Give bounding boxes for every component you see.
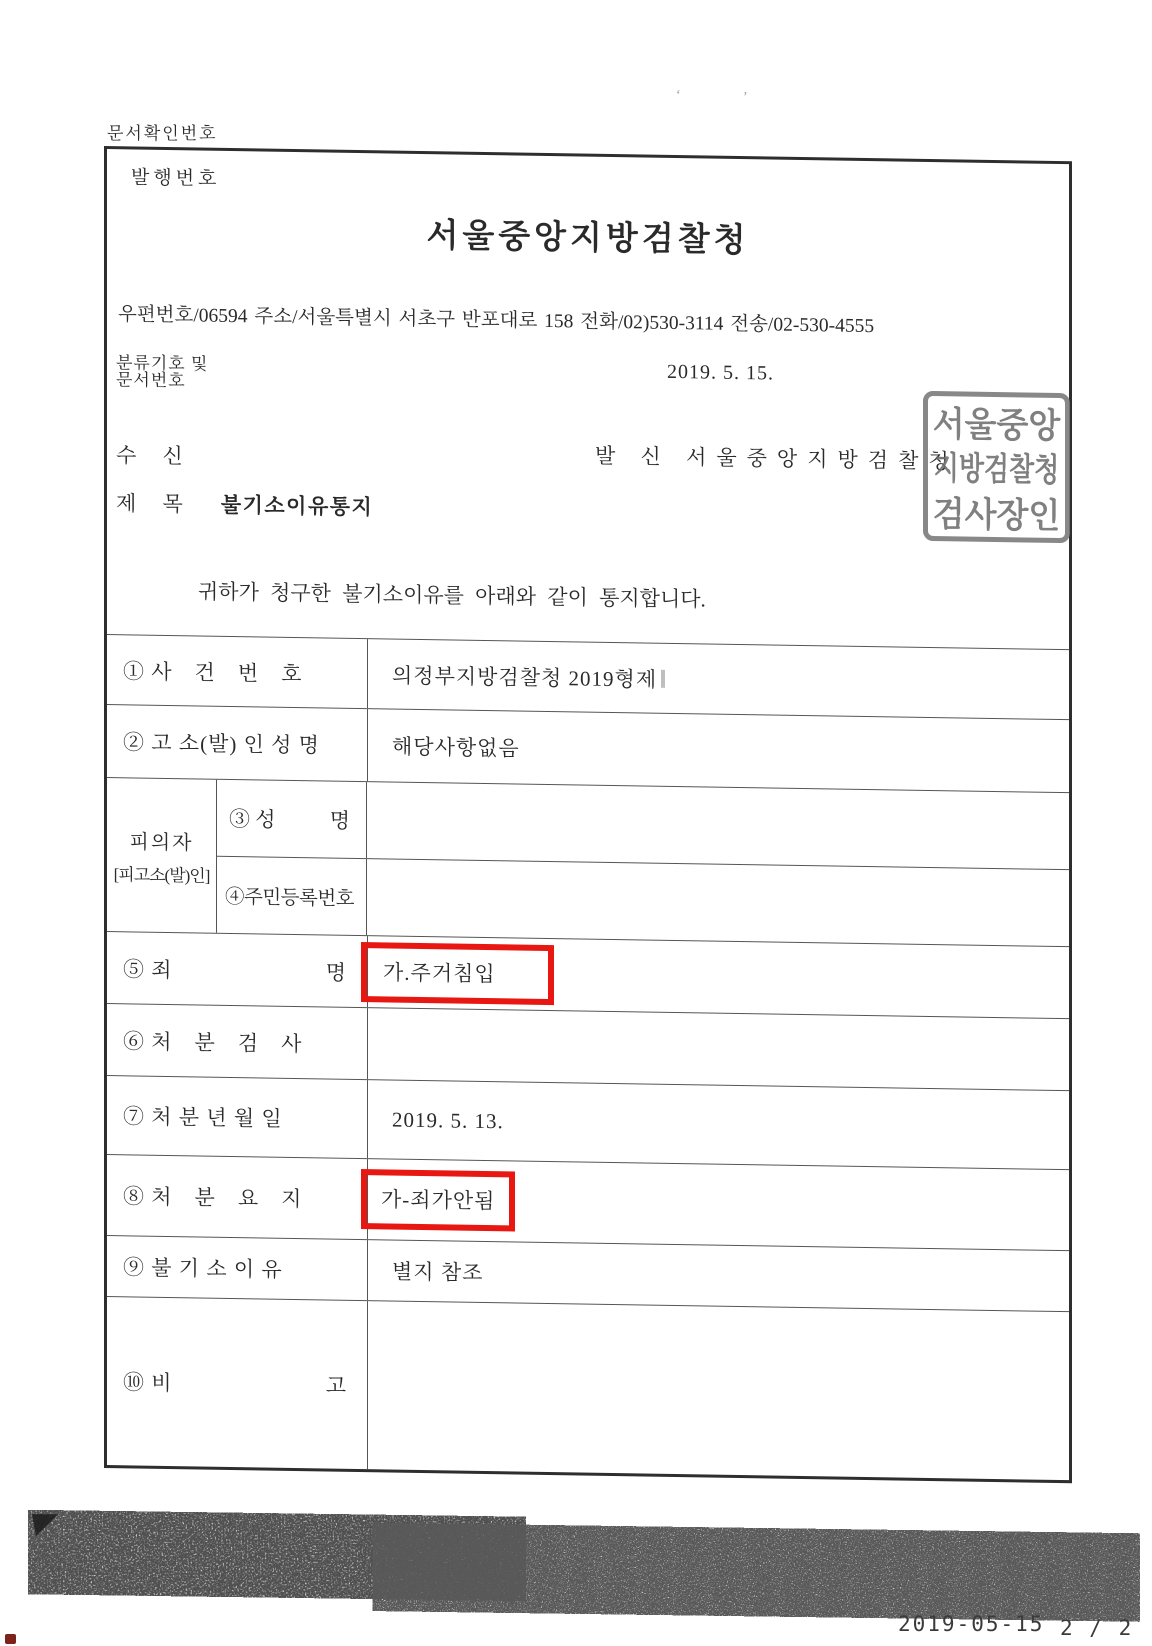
scan-artifact-speck: ‘ xyxy=(676,88,681,104)
table-row-remarks: ⑩ 비 고 xyxy=(107,1296,1069,1480)
classification-line2: 문서번호 xyxy=(116,371,208,389)
disposition-summary-label: ⑧ 처 분 요 지 xyxy=(107,1155,367,1239)
official-document-frame: 발행번호 서울중앙지방검찰청 우편번호/06594 주소/서울특별시 서초구 반… xyxy=(104,146,1072,1483)
redaction-smudge xyxy=(661,669,665,687)
resident-number-label: ④주민등록번호 xyxy=(217,857,366,935)
red-highlight-box-disposition: 가-죄가안됨 xyxy=(361,1169,515,1231)
non-prosecution-reason-label: ⑨ 불 기 소 이 유 xyxy=(107,1236,367,1300)
remarks-label-start: ⑩ 비 xyxy=(123,1366,173,1397)
case-info-table: ① 사 건 번 호 의정부지방검찰청 2019형제 ② 고 소(발) 인 성 명… xyxy=(107,634,1069,1480)
sender-line: 발 신 서울중앙지방검찰청 xyxy=(595,440,959,476)
subject-value: 불기소이유통지 xyxy=(221,489,374,521)
disposition-date-label: ⑦ 처 분 년 월 일 xyxy=(107,1076,367,1158)
document-verification-number-label: 문서확인번호 xyxy=(107,119,218,144)
document-date: 2019. 5. 15. xyxy=(667,361,774,386)
suspect-group-label: 피의자 [피고소(발)인] xyxy=(107,778,217,933)
offense-value-cell: 가.주거침입 xyxy=(367,936,1069,1018)
scan-artifact-speck: ’ xyxy=(743,90,748,106)
notice-sentence: 귀하가 청구한 불기소이유를 아래와 같이 통지합니다. xyxy=(198,575,706,613)
seal-text-row: 검사장인 xyxy=(933,493,1061,537)
seal-text-row: 지방검찰청 xyxy=(934,444,1060,496)
case-number-value: 의정부지방검찰청 2019형제 xyxy=(367,639,1069,719)
prosecutor-value xyxy=(367,1008,1069,1090)
disposition-date-value: 2019. 5. 13. xyxy=(367,1080,1069,1169)
subject-row: 제 목 불기소이유통지 xyxy=(116,487,373,521)
disposition-summary-value-cell: 가-죄가안됨 xyxy=(367,1159,1069,1250)
complainant-value: 해당사항없음 xyxy=(367,709,1069,792)
seal-text-row: 서울중앙 xyxy=(933,403,1061,447)
case-number-label: ① 사 건 번 호 xyxy=(107,635,367,708)
scanned-document-page: { "colors": { "highlight_red": "#e81712"… xyxy=(0,0,1152,1646)
remarks-value xyxy=(367,1301,1069,1480)
table-row-disposition-summary: ⑧ 처 분 요 지 가-죄가안됨 xyxy=(107,1154,1069,1250)
prosecutor-label: ⑥ 처 분 검 사 xyxy=(107,1004,367,1079)
suspect-name-label-start: ③ 성 xyxy=(229,803,276,834)
scan-footer-page-indicator: 2 / 2 xyxy=(1060,1616,1133,1640)
address-line: 우편번호/06594 주소/서울특별시 서초구 반포대로 158 전화/02)5… xyxy=(118,298,1063,341)
offense-label-end: 명 xyxy=(326,956,347,986)
suspect-name-label: ③ 성 명 xyxy=(217,780,366,858)
organization-title: 서울중앙지방검찰청 xyxy=(107,204,1069,266)
table-row-suspect-group: 피의자 [피고소(발)인] ③ 성 명 ④주민등록번호 xyxy=(107,777,1069,946)
issue-number-label: 발행번호 xyxy=(131,162,220,190)
table-row-resident-number: ④주민등록번호 xyxy=(217,856,1069,946)
suspect-subrows: ③ 성 명 ④주민등록번호 xyxy=(217,780,1069,946)
offense-label-start: ⑤ 죄 xyxy=(123,953,173,984)
scan-artifact-speck xyxy=(5,1634,16,1644)
offense-label: ⑤ 죄 명 xyxy=(107,932,367,1007)
scan-footer-date: 2019-05-15 xyxy=(898,1612,1044,1636)
non-prosecution-reason-value: 별지 참조 xyxy=(367,1240,1069,1311)
suspect-name-label-end: 명 xyxy=(330,805,350,835)
table-row-suspect-name: ③ 성 명 xyxy=(217,780,1069,869)
table-row-disposition-date: ⑦ 처 분 년 월 일 2019. 5. 13. xyxy=(107,1075,1069,1169)
official-seal-stamp-icon: 서울중앙 지방검찰청 검사장인 xyxy=(923,391,1070,543)
suspect-label-line1: 피의자 xyxy=(130,825,194,855)
case-number-text: 의정부지방검찰청 2019형제 xyxy=(392,659,657,693)
remarks-label: ⑩ 비 고 xyxy=(107,1297,367,1469)
suspect-name-value xyxy=(366,782,1069,869)
red-highlight-box-offense: 가.주거침입 xyxy=(361,942,554,1005)
remarks-label-end: 고 xyxy=(326,1369,347,1399)
recipient-label: 수 신 xyxy=(116,439,183,470)
subject-label: 제 목 xyxy=(116,487,183,518)
complainant-label: ② 고 소(발) 인 성 명 xyxy=(107,705,367,781)
classification-label: 분류기호 및 문서번호 xyxy=(116,354,208,389)
suspect-label-line2: [피고소(발)인] xyxy=(114,860,210,887)
resident-number-value xyxy=(366,859,1069,946)
